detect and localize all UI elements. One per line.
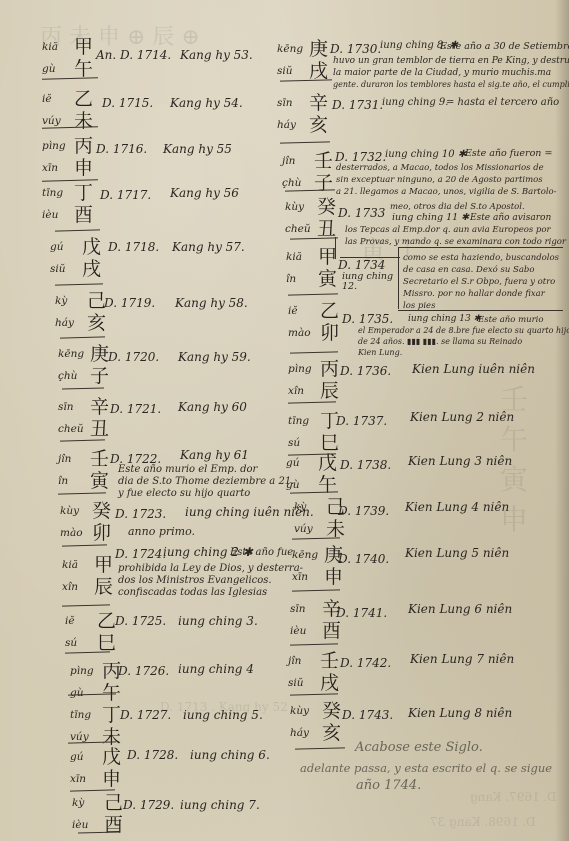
row-divider xyxy=(62,604,110,607)
cycle-entry-1722: jînîn 壬寅 xyxy=(58,448,112,492)
cycle-entry-1739: kỳvúy 己未 xyxy=(294,496,348,540)
ad-year: D. 1736. xyxy=(340,364,391,378)
stem-char: 甲 xyxy=(74,36,96,58)
annotation: como se esta haziendo, buscandolos de ca… xyxy=(403,252,559,312)
annotation: Este año fueron = xyxy=(465,148,552,160)
reign-year: Kang hy 53. xyxy=(180,48,253,62)
ad-year: D. 1720. xyxy=(108,350,159,364)
cycle-entry-1729: kỳièu 己酉 xyxy=(72,792,126,836)
cycle-entry-1728: gúxīn 戊申 xyxy=(70,746,124,790)
cycle-entry-1734: kiăîn 甲寅 xyxy=(286,246,340,290)
cycle-entry-1715: iĕvúy 乙未 xyxy=(42,88,96,132)
ad-year: D. 1734 xyxy=(338,258,385,272)
ad-year: D. 1718. xyxy=(108,240,159,254)
cycle-entry-1714: kiăgù 甲午 xyxy=(42,36,96,80)
reign-year: Kien Lung 7 niên xyxy=(410,652,514,666)
row-divider xyxy=(62,387,104,389)
cycle-entry-1717: tīngièu 丁酉 xyxy=(42,182,96,226)
reign-year: iung ching 4 xyxy=(178,662,254,676)
reign-year: iung ching 11 ✱ xyxy=(392,212,469,223)
reign-year: iung ching 13 ✱ xyxy=(408,314,481,324)
reign-year: Kang hy 60 xyxy=(178,400,247,414)
ad-year: D. 1739. xyxy=(338,504,389,518)
row-divider xyxy=(62,544,107,546)
row-divider xyxy=(58,492,106,495)
bleed-through: D. 1697. Kang xyxy=(470,790,557,804)
row-divider xyxy=(288,293,338,296)
cycle-entry-1738: gúgù 戊午 xyxy=(286,452,340,496)
cycle-entry-1723: kùymào 癸卯 xyxy=(60,500,114,544)
row-divider xyxy=(295,747,345,750)
reign-year: Kang hy 58. xyxy=(175,296,248,310)
cycle-entry-1725: iĕsú 乙巳 xyxy=(65,610,119,654)
reign-year: iung ching 9. xyxy=(382,97,448,108)
row-divider xyxy=(290,351,338,354)
manuscript-page: 丙 未 申 ⊕ 辰 ⊕ 寅 丁 壬 午 寅 申 D. 1713 . Kang h… xyxy=(0,0,569,841)
annotation: anno primo. xyxy=(128,526,195,538)
cycle-entry-1716: pìngxīn 丙申 xyxy=(42,135,96,179)
bleed-through: D. 1698. Kang 37 xyxy=(430,815,536,829)
romanization-branch: gù xyxy=(42,58,74,80)
cycle-entry-1731: sīnháy 辛亥 xyxy=(277,92,331,136)
romanization-stem: kiă xyxy=(42,36,74,58)
ad-year: D. 1726. xyxy=(118,664,169,678)
row-divider xyxy=(292,589,340,592)
cycle-entry-1720: kēngçhù 庚子 xyxy=(58,343,112,387)
reign-year: iung ching 3. xyxy=(178,614,258,628)
closing-note: año 1744. xyxy=(356,778,421,794)
ad-year: D. 1724. xyxy=(115,547,166,561)
ad-year: D. 1723. xyxy=(115,507,166,521)
closing-note: adelante passa, y esta escrito el q. se … xyxy=(300,760,552,776)
reign-year: Kang hy 61 xyxy=(180,448,249,462)
annotation: Este año fue xyxy=(230,547,293,559)
cycle-entry-1732: jînçhù 壬子 xyxy=(282,150,336,194)
annotation: el Emperador a 24 de 8.bre fue electo su… xyxy=(358,325,569,358)
ad-year: D. 1742. xyxy=(340,656,391,670)
ad-year: D. 1743. xyxy=(342,708,393,722)
reign-year: Kien Lung iuên niên xyxy=(412,362,535,376)
reign-year: iung ching 7. xyxy=(180,798,260,812)
reign-year: Kien Lung 3 niên xyxy=(408,454,512,468)
cycle-entry-1736: pìngxîn 丙辰 xyxy=(288,358,342,402)
ad-year: D. 1727. xyxy=(120,708,171,722)
row-divider xyxy=(55,229,100,231)
reign-year: Kang hy 57. xyxy=(172,240,245,254)
cycle-entry-1742: jînsiŭ 壬戌 xyxy=(288,650,342,694)
cycle-entry-1733: kùycheŭ 癸丑 xyxy=(285,196,339,240)
ad-year: D. 1725. xyxy=(115,614,166,628)
ad-year: D. 1728. xyxy=(127,748,178,762)
ad-year: D. 1716. xyxy=(96,142,147,156)
ad-year: D. 1737. xyxy=(336,414,387,428)
row-divider xyxy=(280,141,330,144)
ad-year: D. 1721. xyxy=(110,402,161,416)
cycle-entry-1719: kỳháy 己亥 xyxy=(55,290,109,334)
cycle-entry-1735: iĕmào 乙卯 xyxy=(288,300,342,344)
ad-year: D. 1741. xyxy=(336,606,387,620)
reign-year: Kang hy 54. xyxy=(170,96,243,110)
annotation: huvo un gran temblor de tierra en Pe Kin… xyxy=(333,55,569,91)
reign-year: iung ching 5. xyxy=(183,708,263,722)
ad-year: D. 1738. xyxy=(340,458,391,472)
ad-year: D. 1740. xyxy=(338,552,389,566)
ad-year: D. 1729. xyxy=(123,798,174,812)
row-divider xyxy=(290,693,338,696)
annotation: = hasta el tercero año xyxy=(446,97,559,109)
reign-year: Kien Lung 6 niên xyxy=(408,602,512,616)
reign-year: Kang hy 55 xyxy=(163,142,232,156)
cycle-entry-1726: pìnggù 丙午 xyxy=(70,660,124,704)
reign-year: Kien Lung 5 niên xyxy=(405,546,509,560)
reign-year: Kien Lung 2 niên xyxy=(410,410,514,424)
cycle-entry-1724: kiăxîn 甲辰 xyxy=(62,554,116,598)
cycle-entry-1740: kēngxīn 庚申 xyxy=(292,544,346,588)
annotation: Este año avisaron xyxy=(470,212,551,224)
reign-year: Kien Lung 8 niên xyxy=(408,706,512,720)
cycle-entry-1718: gúsiŭ 戊戌 xyxy=(50,236,104,280)
cycle-entry-1741: sīnièu 辛酉 xyxy=(290,598,344,642)
cycle-entry-1743: kùyháy 癸亥 xyxy=(290,700,344,744)
reign-year: iung ching 12. xyxy=(342,272,394,292)
ad-year: D. 1715. xyxy=(102,96,153,110)
annotation: prohibida la Ley de Dios, y desterra- do… xyxy=(118,563,303,599)
row-divider xyxy=(55,283,103,286)
row-divider xyxy=(288,401,336,404)
annotation: los Tepcas al Emp.dor q. aun avia Europe… xyxy=(345,224,566,248)
reign-year: iung ching 10 ✱ xyxy=(385,149,466,160)
row-divider xyxy=(60,439,105,441)
page-gutter-shadow xyxy=(555,0,569,841)
annotation: Este año murio el Emp. dor dia de S.to T… xyxy=(118,464,294,500)
row-divider xyxy=(60,336,105,338)
annotation: Este año a 30 de Setiembre xyxy=(440,41,569,53)
cycle-entry-1737: tīngsú 丁巳 xyxy=(288,410,342,454)
reign-year: Kang hy 56 xyxy=(170,186,239,200)
ad-year: D. 1717. xyxy=(100,188,151,202)
ad-year: D. 1735. xyxy=(342,312,393,326)
cycle-entry-1730: kēngsiŭ 庚戌 xyxy=(277,38,331,82)
reign-year: Kien Lung 4 niên xyxy=(405,500,509,514)
reign-year: iung ching 6. xyxy=(190,748,270,762)
box-rule xyxy=(398,247,563,248)
reign-year: Kang hy 59. xyxy=(178,350,251,364)
ad-year: D. 1731. xyxy=(332,98,383,112)
ad-year: An. D. 1714. xyxy=(96,48,171,62)
cycle-entry-1721: sīncheŭ 辛丑 xyxy=(58,396,112,440)
ad-year: D. 1733 xyxy=(338,206,385,220)
row-divider xyxy=(290,643,338,646)
closing-note: Acabose este Siglo. xyxy=(355,740,483,756)
ad-year: D. 1730. xyxy=(330,42,381,56)
ad-year: D. 1719. xyxy=(104,296,155,310)
annotation: desterrados, a Macao, todos los Missiona… xyxy=(336,162,557,198)
